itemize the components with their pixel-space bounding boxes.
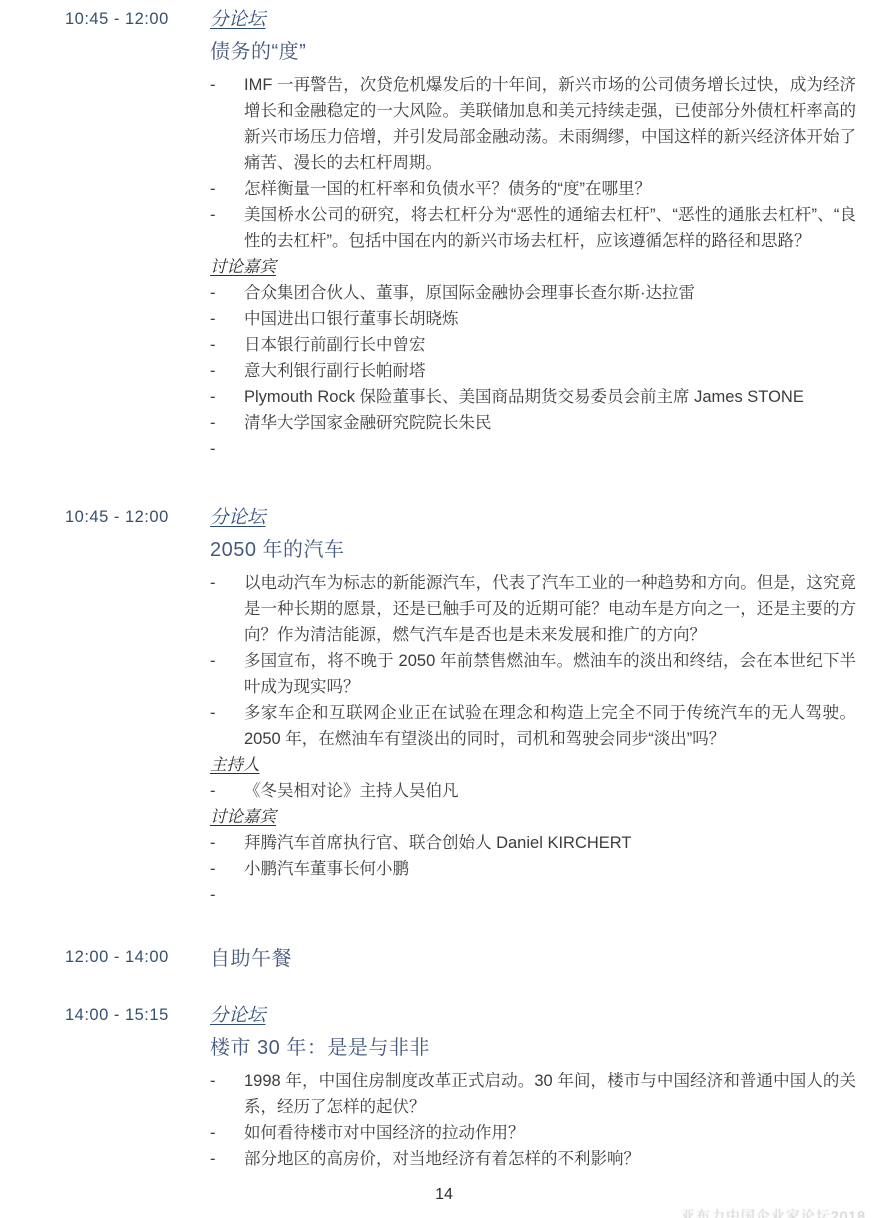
topic-text: 多家车企和互联网企业正在试验在理念和构造上完全不同于传统汽车的无人驾驶。2050… — [244, 700, 856, 752]
topic-text: IMF 一再警告，次贷危机爆发后的十年间，新兴市场的公司债务增长过快，成为经济增… — [244, 72, 856, 176]
group-heading-row: 主持人 — [210, 752, 856, 778]
host-item: - 《冬吴相对论》主持人吴伯凡 — [210, 778, 856, 804]
session-time: 10:45 - 12:00 — [65, 504, 210, 530]
bullet-dash: - — [210, 1146, 244, 1172]
bullet-dash: - — [210, 436, 244, 462]
guest-text: Plymouth Rock 保险董事长、美国商品期货交易委员会前主席 James… — [244, 384, 856, 410]
session-time: 10:45 - 12:00 — [65, 6, 210, 32]
session-title: 2050 年的汽车 — [210, 535, 856, 565]
session-type-label: 分论坛 — [210, 6, 266, 32]
guest-text: 中国进出口银行董事长胡晓炼 — [244, 306, 856, 332]
topic-text: 美国桥水公司的研究，将去杠杆分为“恶性的通缩去杠杆”、“恶性的通胀去杠杆”、“良… — [244, 202, 856, 254]
bullet-dash: - — [210, 72, 244, 176]
session-content: 自助午餐 — [210, 944, 856, 974]
watermark-text: 亚布力中国企业家论坛2018 — [681, 1206, 866, 1218]
guest-item: - 合众集团合伙人、董事，原国际金融协会理事长查尔斯·达拉雷 — [210, 280, 856, 306]
session-content: 分论坛 债务的“度” - IMF 一再警告，次贷危机爆发后的十年间，新兴市场的公… — [210, 6, 856, 462]
guest-text: 意大利银行副行长帕耐塔 — [244, 358, 856, 384]
guest-item: - 中国进出口银行董事长胡晓炼 — [210, 306, 856, 332]
host-text: 《冬吴相对论》主持人吴伯凡 — [244, 778, 856, 804]
guest-text — [244, 436, 856, 462]
topic-text: 部分地区的高房价，对当地经济有着怎样的不利影响？ — [244, 1146, 856, 1172]
topic-item: - 美国桥水公司的研究，将去杠杆分为“恶性的通缩去杠杆”、“恶性的通胀去杠杆”、… — [210, 202, 856, 254]
bullet-dash: - — [210, 384, 244, 410]
guest-item: - 日本银行前副行长中曾宏 — [210, 332, 856, 358]
agenda-section-housing: 14:00 - 15:15 分论坛 楼市 30 年：是是与非非 - 1998 年… — [0, 1002, 888, 1172]
guest-item-empty: - — [210, 436, 856, 462]
session-type-label: 分论坛 — [210, 1002, 266, 1028]
group-heading: 讨论嘉宾 — [210, 804, 276, 830]
page-number: 14 — [0, 1186, 888, 1204]
guest-text: 合众集团合伙人、董事，原国际金融协会理事长查尔斯·达拉雷 — [244, 280, 856, 306]
guest-text: 小鹏汽车董事长何小鹏 — [244, 856, 856, 882]
bullet-dash: - — [210, 570, 244, 648]
agenda-section-cars-2050: 10:45 - 12:00 分论坛 2050 年的汽车 - 以电动汽车为标志的新… — [0, 504, 888, 908]
session-time: 12:00 - 14:00 — [65, 944, 210, 970]
group-heading: 主持人 — [210, 752, 260, 778]
session-content: 分论坛 2050 年的汽车 - 以电动汽车为标志的新能源汽车，代表了汽车工业的一… — [210, 504, 856, 908]
topic-item: - 如何看待楼市对中国经济的拉动作用？ — [210, 1120, 856, 1146]
session-type-label: 分论坛 — [210, 504, 266, 530]
agenda-section-lunch: 12:00 - 14:00 自助午餐 — [0, 944, 888, 974]
topic-item: - 多国宣布，将不晚于 2050 年前禁售燃油车。燃油车的淡出和终结，会在本世纪… — [210, 648, 856, 700]
guest-item-empty: - — [210, 882, 856, 908]
session-time: 14:00 - 15:15 — [65, 1002, 210, 1028]
topic-text: 以电动汽车为标志的新能源汽车，代表了汽车工业的一种趋势和方向。但是，这究竟是一种… — [244, 570, 856, 648]
session-title: 楼市 30 年：是是与非非 — [210, 1033, 856, 1063]
group-heading-row: 讨论嘉宾 — [210, 254, 856, 280]
bullet-dash: - — [210, 882, 244, 908]
agenda-section-debt: 10:45 - 12:00 分论坛 债务的“度” - IMF 一再警告，次贷危机… — [0, 6, 888, 462]
bullet-dash: - — [210, 700, 244, 752]
topic-text: 1998 年，中国住房制度改革正式启动。30 年间，楼市与中国经济和普通中国人的… — [244, 1068, 856, 1120]
topic-text: 多国宣布，将不晚于 2050 年前禁售燃油车。燃油车的淡出和终结，会在本世纪下半… — [244, 648, 856, 700]
guest-text — [244, 882, 856, 908]
topic-item: - IMF 一再警告，次贷危机爆发后的十年间，新兴市场的公司债务增长过快，成为经… — [210, 72, 856, 176]
topic-text: 如何看待楼市对中国经济的拉动作用？ — [244, 1120, 856, 1146]
agenda-page: 10:45 - 12:00 分论坛 债务的“度” - IMF 一再警告，次贷危机… — [0, 0, 888, 1218]
session-title: 自助午餐 — [210, 944, 856, 974]
guest-item: - Plymouth Rock 保险董事长、美国商品期货交易委员会前主席 Jam… — [210, 384, 856, 410]
topic-item: - 多家车企和互联网企业正在试验在理念和构造上完全不同于传统汽车的无人驾驶。20… — [210, 700, 856, 752]
guest-item: - 拜腾汽车首席执行官、联合创始人 Daniel KIRCHERT — [210, 830, 856, 856]
bullet-dash: - — [210, 648, 244, 700]
bullet-dash: - — [210, 358, 244, 384]
bullet-dash: - — [210, 202, 244, 254]
bullet-dash: - — [210, 1120, 244, 1146]
bullet-dash: - — [210, 280, 244, 306]
guest-text: 拜腾汽车首席执行官、联合创始人 Daniel KIRCHERT — [244, 830, 856, 856]
guest-text: 清华大学国家金融研究院院长朱民 — [244, 410, 856, 436]
guest-item: - 清华大学国家金融研究院院长朱民 — [210, 410, 856, 436]
bullet-dash: - — [210, 332, 244, 358]
guest-item: - 意大利银行副行长帕耐塔 — [210, 358, 856, 384]
group-heading: 讨论嘉宾 — [210, 254, 276, 280]
topic-item: - 部分地区的高房价，对当地经济有着怎样的不利影响？ — [210, 1146, 856, 1172]
topic-item: - 以电动汽车为标志的新能源汽车，代表了汽车工业的一种趋势和方向。但是，这究竟是… — [210, 570, 856, 648]
bullet-dash: - — [210, 306, 244, 332]
bullet-dash: - — [210, 176, 244, 202]
session-title: 债务的“度” — [210, 37, 856, 67]
bullet-dash: - — [210, 830, 244, 856]
guest-text: 日本银行前副行长中曾宏 — [244, 332, 856, 358]
bullet-dash: - — [210, 410, 244, 436]
bullet-dash: - — [210, 856, 244, 882]
bullet-dash: - — [210, 778, 244, 804]
topic-item: - 怎样衡量一国的杠杆率和负债水平？债务的“度”在哪里？ — [210, 176, 856, 202]
guest-item: - 小鹏汽车董事长何小鹏 — [210, 856, 856, 882]
bullet-dash: - — [210, 1068, 244, 1120]
group-heading-row: 讨论嘉宾 — [210, 804, 856, 830]
topic-item: - 1998 年，中国住房制度改革正式启动。30 年间，楼市与中国经济和普通中国… — [210, 1068, 856, 1120]
session-content: 分论坛 楼市 30 年：是是与非非 - 1998 年，中国住房制度改革正式启动。… — [210, 1002, 856, 1172]
topic-text: 怎样衡量一国的杠杆率和负债水平？债务的“度”在哪里？ — [244, 176, 856, 202]
